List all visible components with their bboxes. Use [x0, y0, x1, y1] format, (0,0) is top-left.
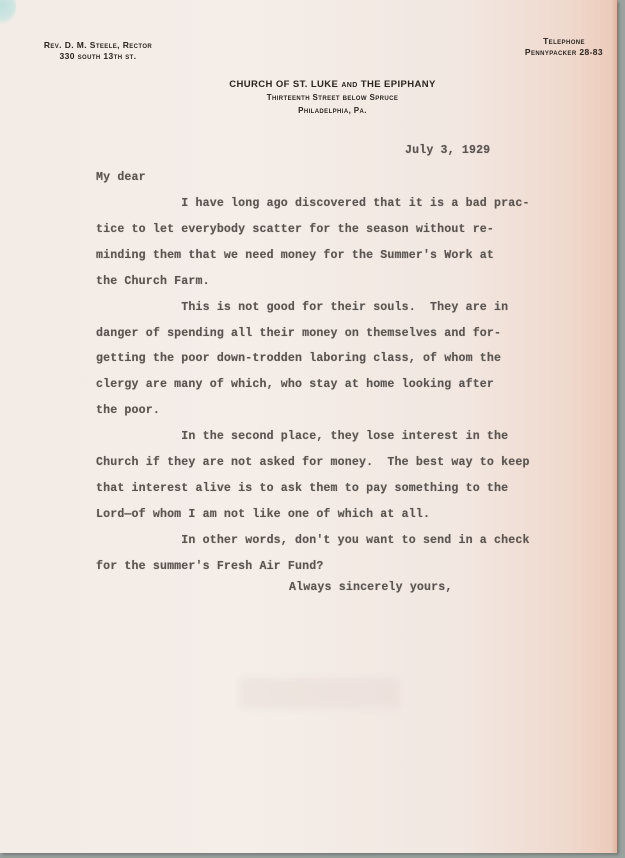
letter-body-line: the Church Farm. — [96, 275, 210, 288]
paper-watermark — [240, 678, 400, 708]
church-name: CHURCH OF ST. LUKE and THE EPIPHANY — [200, 78, 465, 91]
letter-body-line: I have long ago discovered that it is a … — [96, 197, 530, 210]
telephone-label: Telephone — [514, 36, 614, 47]
letter-date: July 3, 1929 — [405, 144, 490, 157]
church-street: Thirteenth Street below Spruce — [200, 91, 465, 104]
letter-salutation: My dear — [96, 171, 146, 184]
letterhead-telephone: Telephone Pennypacker 28-83 — [514, 36, 614, 58]
letter-body-line: that interest alive is to ask them to pa… — [96, 482, 508, 495]
letterhead-church: CHURCH OF ST. LUKE and THE EPIPHANY Thir… — [200, 78, 465, 117]
letter-body-line: the poor. — [96, 404, 160, 417]
letter-body-line: getting the poor down-trodden laboring c… — [96, 352, 501, 365]
letter-body-line: Church if they are not asked for money. … — [96, 456, 530, 469]
letter-body-line: tice to let everybody scatter for the se… — [96, 223, 494, 236]
letter-body-line: This is not good for their souls. They a… — [96, 301, 508, 314]
letter-body-line: danger of spending all their money on th… — [96, 327, 501, 340]
rector-name: Rev. D. M. Steele, Rector — [36, 40, 160, 51]
letter-body-line: In other words, don't you want to send i… — [96, 534, 530, 547]
letter-body-line: clergy are many of which, who stay at ho… — [96, 378, 494, 391]
church-city: Philadelphia, Pa. — [200, 104, 465, 117]
letter-closing: Always sincerely yours, — [289, 581, 452, 594]
rector-address: 330 south 13th st. — [36, 51, 160, 62]
letter-body-line: Lord—of whom I am not like one of which … — [96, 508, 430, 521]
letterhead-rector: Rev. D. M. Steele, Rector 330 south 13th… — [36, 40, 160, 62]
letter-body-line: for the summer's Fresh Air Fund? — [96, 560, 323, 573]
telephone-number: Pennypacker 28-83 — [514, 47, 614, 58]
letter-body-line: In the second place, they lose interest … — [96, 430, 508, 443]
letter-body-line: minding them that we need money for the … — [96, 249, 494, 262]
letter-page: Rev. D. M. Steele, Rector 330 south 13th… — [0, 0, 617, 853]
